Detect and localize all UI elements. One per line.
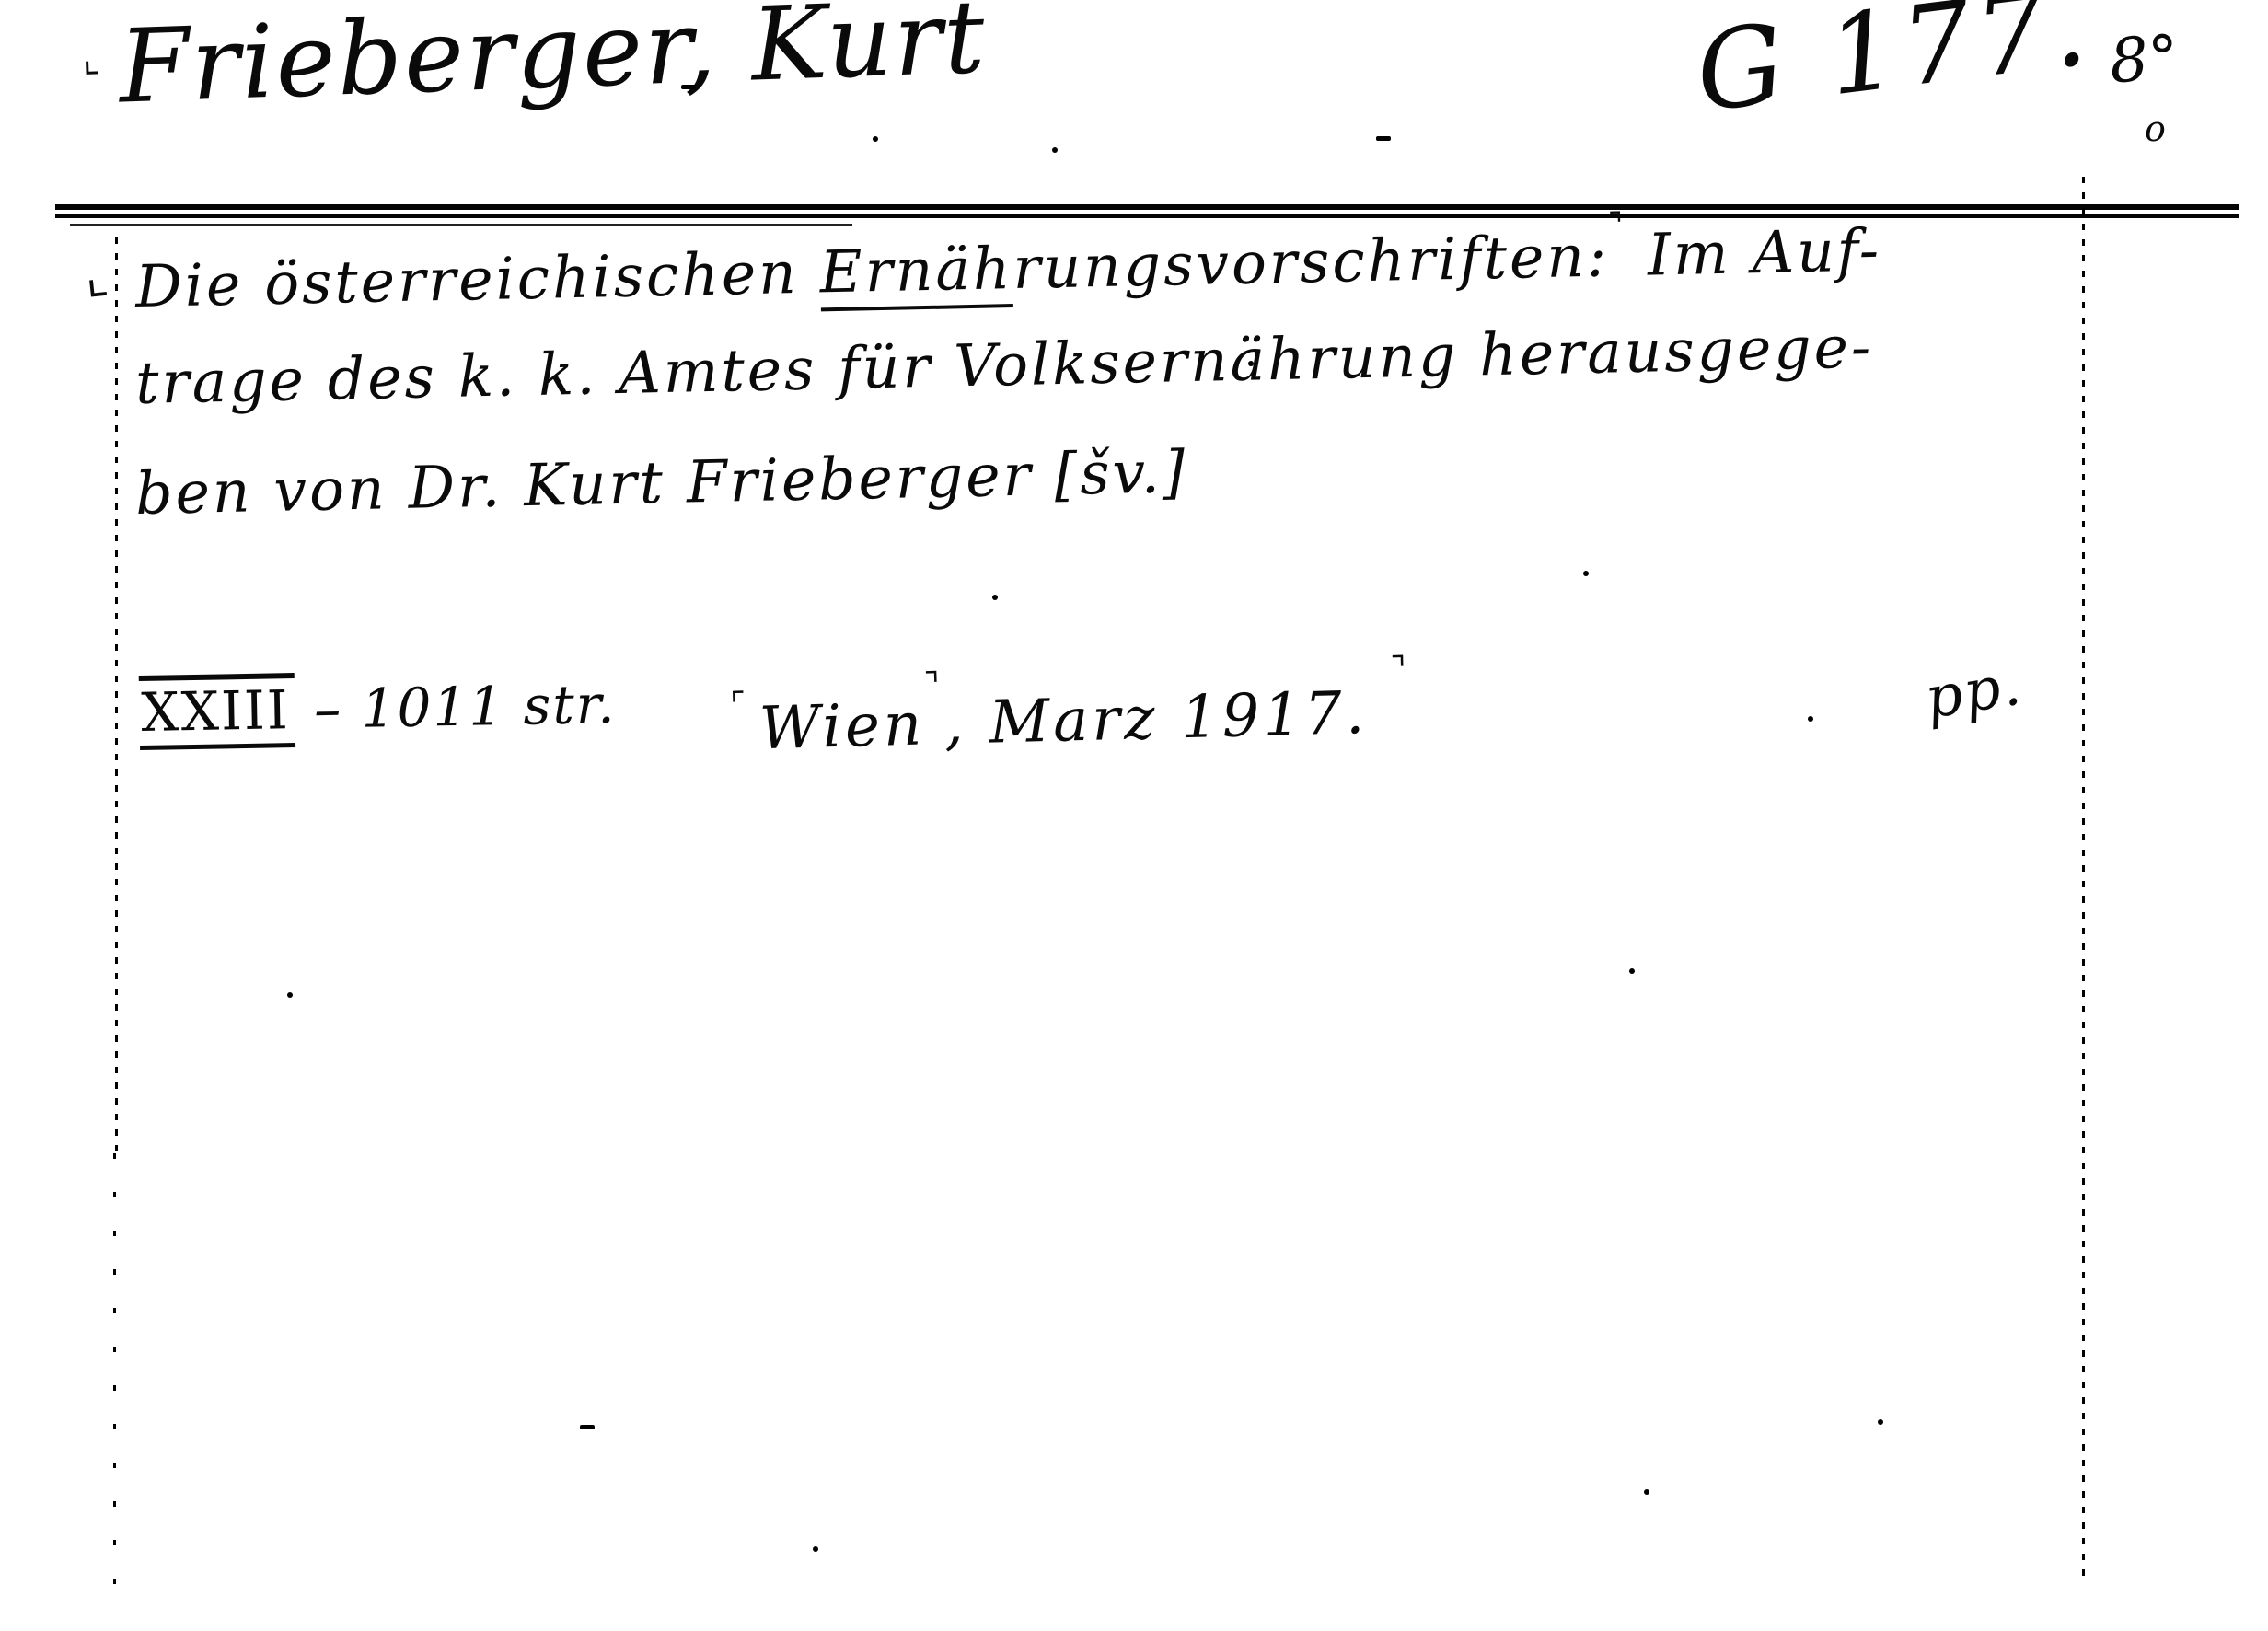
scan-speck [580, 1425, 595, 1429]
scan-speck [681, 85, 696, 89]
imprint-date: , Marz 1917. [943, 679, 1369, 758]
catalog-card-scan: ⌞Frieberger, Kurt⌝ G 177. 8° o ⌞ Die öst… [0, 0, 2268, 1631]
title-line-3: ben von Dr. Kurt Frieberger [šv.] [134, 438, 1187, 527]
roman-numeral-pagination: XXIII [139, 673, 296, 750]
half-bracket-close-mark: ⌝ [923, 666, 943, 705]
scan-speck [1644, 1489, 1649, 1495]
half-bracket-close-mark: ⌝ [997, 0, 1019, 20]
left-margin-dotted-line [115, 237, 118, 1153]
scan-speck [873, 136, 878, 142]
format-designation: 8° [2107, 21, 2181, 97]
margin-check-mark: ⌞ [82, 246, 111, 306]
half-bracket-close-mark: ⌝ [1608, 206, 1626, 243]
scan-speck [1808, 716, 1813, 722]
half-bracket-close-mark: ⌝ [1390, 651, 1410, 689]
scan-speck [813, 1546, 818, 1552]
title-line-2: trage des k. k. Amtes für Volksernährung… [134, 313, 1873, 417]
right-margin-dotted-line [2082, 177, 2085, 1576]
scan-speck [287, 992, 293, 998]
half-bracket-open-mark: ⌞ [82, 35, 103, 81]
scan-speck [1583, 571, 1589, 576]
scan-speck [992, 595, 998, 600]
title-text-pre: Die österreichischen [134, 238, 820, 320]
title-text-post: Im Auf- [1626, 216, 1882, 289]
imprint-statement: ⌜Wien⌝, Marz 1917.⌝ [729, 651, 1412, 764]
author-name: Frieberger, Kurt [117, 0, 989, 126]
imprint-place: Wien [758, 690, 926, 763]
header-rule-top [55, 204, 2239, 210]
scan-speck [1248, 361, 1254, 366]
title-text-mid: rungsvorschriften: [1012, 222, 1610, 302]
format-sub-mark: o [2145, 109, 2166, 149]
underlined-word: Ernäh [819, 235, 1013, 311]
scan-speck [1629, 968, 1635, 974]
title-line-1: Die österreichischen Ernährungsvorschrif… [134, 201, 1882, 320]
extent-rest: – 1011 str. [295, 673, 617, 741]
scan-speck [1052, 147, 1058, 153]
call-number: G 177. [1689, 0, 2098, 136]
half-bracket-open-mark: ⌜ [730, 686, 750, 724]
left-margin-dotted-line-lower [113, 1153, 116, 1586]
author-heading: ⌞Frieberger, Kurt⌝ [80, 0, 1022, 127]
pagination-annotation: pp. [1921, 650, 2027, 732]
extent-statement: XXIII – 1011 str. [139, 673, 617, 744]
scan-speck [1878, 1419, 1883, 1425]
scan-speck [1376, 136, 1391, 141]
